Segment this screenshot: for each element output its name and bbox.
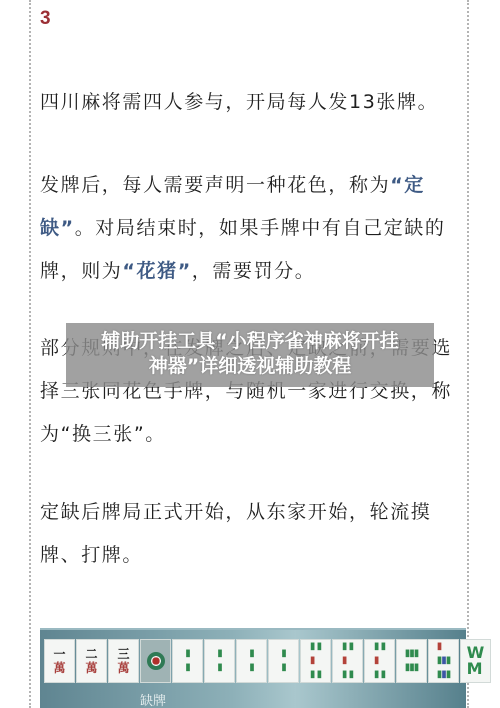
paragraph-start: 定缺后牌局正式开始，从东家开始，轮流摸牌、打牌。 [40, 491, 468, 577]
dot-circle-icon [147, 652, 165, 670]
tile-bamboo-2: ▮▮ [268, 639, 299, 683]
banner-line-2: 神器”详细透视辅助教程 [66, 354, 434, 379]
tile-suit: 萬 [85, 661, 97, 675]
text: ，需要罚分。 [192, 260, 316, 282]
tile-bamboo-2: ▮▮ [236, 639, 267, 683]
mahjong-tiles-image: 一 萬 二 萬 三 萬 ▮▮ ▮▮ ▮▮ ▮▮ ▮ ▮▮▮ ▮ ▮ ▮▮▮ ▮ … [40, 628, 466, 708]
tile-number: 一 [53, 647, 65, 661]
tile-wan-3: 三 萬 [108, 639, 139, 683]
overlay-banner: 辅助开挂工具“小程序雀神麻将开挂 神器”详细透视辅助教程 [66, 323, 434, 387]
bamboo-icon: ▮▮ [185, 647, 190, 675]
banner-line-1: 辅助开挂工具“小程序雀神麻将开挂 [66, 329, 434, 354]
bamboo-icon: ▮▮▮▮▮▮ [405, 647, 419, 675]
tile-bamboo-2: ▮▮ [172, 639, 203, 683]
tile-number: 三 [117, 647, 129, 661]
tile-bamboo-2: ▮▮ [204, 639, 235, 683]
text: 发牌后，每人需要声明一种花色，称为 [40, 174, 390, 196]
paragraph-deal: 四川麻将需四人参与，开局每人发13张牌。 [40, 81, 468, 124]
highlight-huazhu: “花猪” [122, 260, 191, 282]
bamboo-icon: ▮ ▮▮▮ ▮ [342, 640, 353, 682]
tile-suit: 萬 [53, 661, 65, 675]
missing-tile-label: 缺牌 [140, 690, 166, 708]
tile-bamboo-7: ▮▮▮▮▮▮▮ [428, 639, 459, 683]
step-number: 3 [40, 8, 51, 30]
bamboo-icon: ▮▮ [281, 647, 286, 675]
paragraph-dingque: 发牌后，每人需要声明一种花色，称为“定缺”。对局结束时，如果手牌中有自己定缺的牌… [40, 164, 468, 293]
bamboo-icon: ▮▮ [217, 647, 222, 675]
bamboo-icon: ▮▮▮▮▮▮▮ [437, 640, 451, 682]
tile-dot-1 [140, 639, 171, 683]
tiles-row: 一 萬 二 萬 三 萬 ▮▮ ▮▮ ▮▮ ▮▮ ▮ ▮▮▮ ▮ ▮ ▮▮▮ ▮ … [44, 639, 491, 683]
bamboo-icon: ▮ ▮▮▮ ▮ [374, 640, 385, 682]
tile-suit: 萬 [117, 661, 129, 675]
tile-bamboo-5: ▮ ▮▮▮ ▮ [300, 639, 331, 683]
bamboo-icon: ▮▮ [249, 647, 254, 675]
tile-bamboo-5: ▮ ▮▮▮ ▮ [332, 639, 363, 683]
tile-number: 二 [85, 647, 97, 661]
bamboo-w-icon: WM [467, 645, 485, 677]
left-dotted-border [29, 0, 31, 708]
tile-wan-1: 一 萬 [44, 639, 75, 683]
tile-bamboo-8: WM [460, 639, 491, 683]
tile-bamboo-6: ▮▮▮▮▮▮ [396, 639, 427, 683]
bamboo-icon: ▮ ▮▮▮ ▮ [310, 640, 321, 682]
tile-wan-2: 二 萬 [76, 639, 107, 683]
tile-bamboo-5: ▮ ▮▮▮ ▮ [364, 639, 395, 683]
